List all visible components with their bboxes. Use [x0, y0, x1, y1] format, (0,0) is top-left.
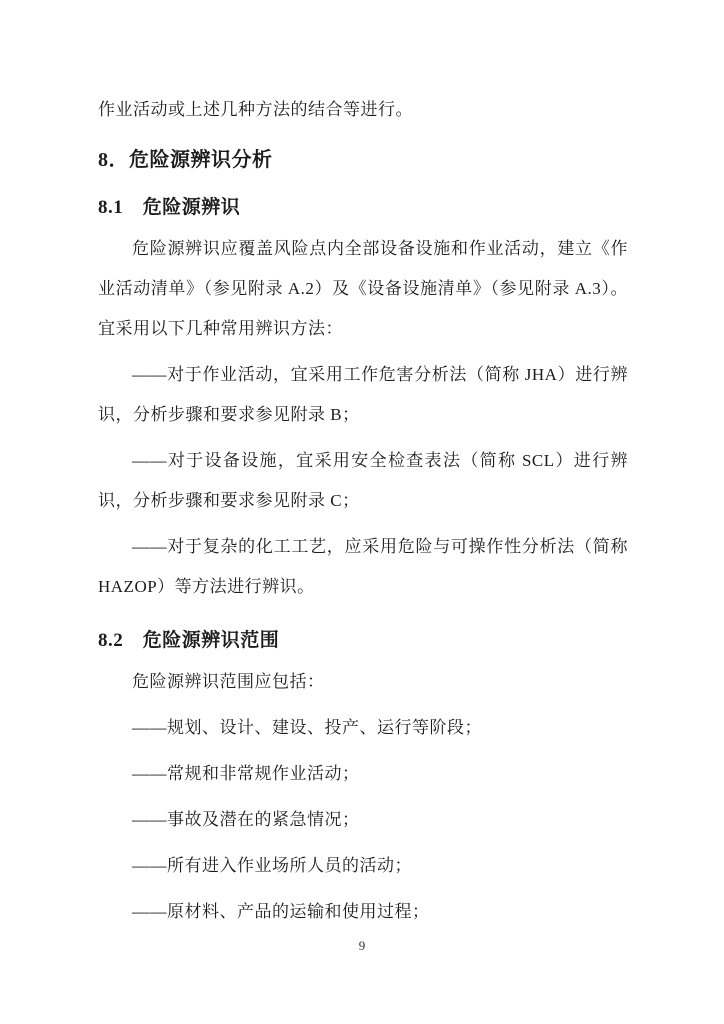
list-item-emergency: ——事故及潜在的紧急情况； [98, 800, 628, 840]
paragraph-continuation: 作业活动或上述几种方法的结合等进行。 [98, 90, 628, 130]
list-item-hazop: ——对于复杂的化工工艺，应采用危险与可操作性分析法（简称 HAZOP）等方法进行… [98, 527, 628, 607]
section-heading-8-2: 8.2 危险源辨识范围 [98, 627, 628, 654]
paragraph-8-1-intro: 危险源辨识应覆盖风险点内全部设备设施和作业活动，建立《作业活动清单》（参见附录 … [98, 229, 628, 349]
paragraph-8-2-intro: 危险源辨识范围应包括： [98, 662, 628, 702]
list-item-personnel: ——所有进入作业场所人员的活动； [98, 846, 628, 886]
list-item-activities: ——常规和非常规作业活动； [98, 754, 628, 794]
list-item-stages: ——规划、设计、建设、投产、运行等阶段； [98, 708, 628, 748]
list-item-scl: ——对于设备设施，宜采用安全检查表法（简称 SCL）进行辨识，分析步骤和要求参见… [98, 441, 628, 521]
page-number: 9 [0, 938, 724, 954]
list-item-materials: ——原材料、产品的运输和使用过程； [98, 892, 628, 932]
document-page: 作业活动或上述几种方法的结合等进行。 8．危险源辨识分析 8.1 危险源辨识 危… [0, 0, 724, 1024]
list-item-jha: ——对于作业活动，宜采用工作危害分析法（简称 JHA）进行辨识，分析步骤和要求参… [98, 355, 628, 435]
section-heading-8-1: 8.1 危险源辨识 [98, 194, 628, 221]
section-heading-8: 8．危险源辨识分析 [98, 146, 628, 174]
